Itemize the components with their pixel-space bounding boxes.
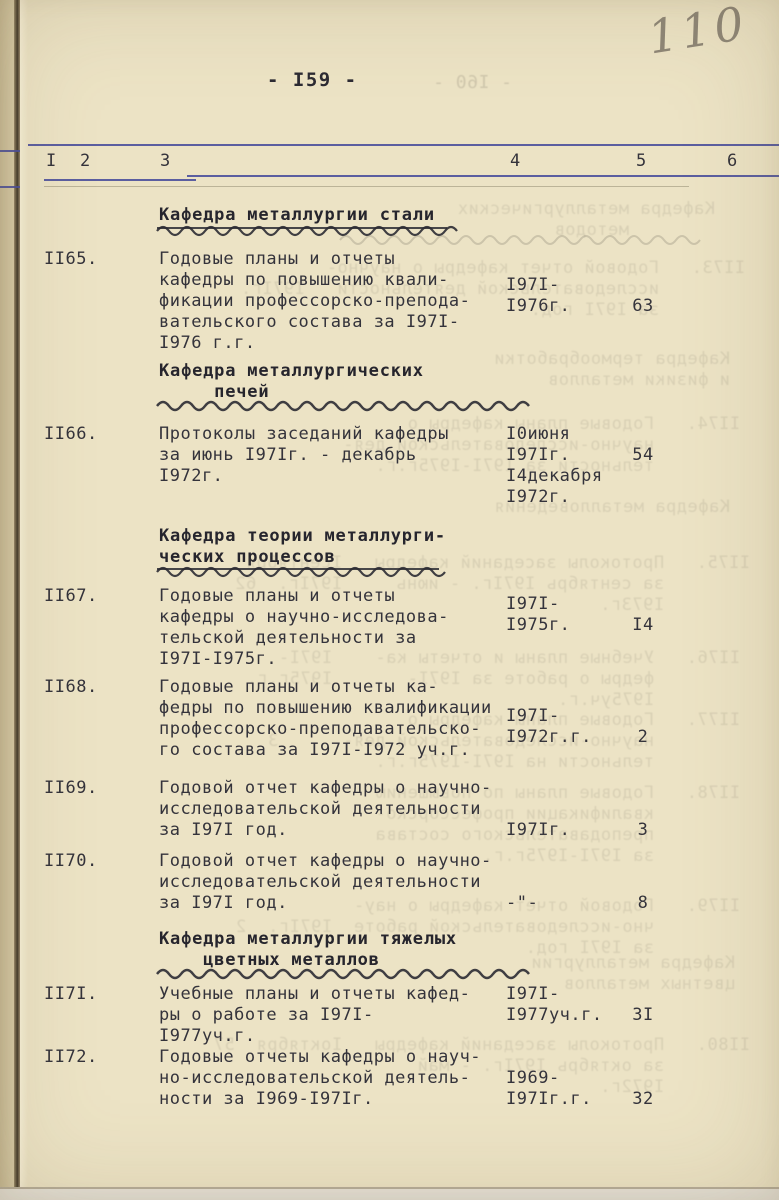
- table-rule-top: [28, 144, 779, 146]
- page-fold-highlight: [20, 0, 28, 1200]
- ghost-text: II74. Годовые планы кафедры о научно-исс…: [300, 414, 740, 477]
- table-rule-faint: [44, 186, 689, 187]
- table-rule-mid-left: [44, 179, 196, 181]
- section-heading: Кафедра металлургии стали: [159, 205, 435, 226]
- entry-number: II68.: [44, 677, 114, 698]
- scan-bottom-edge: [0, 1187, 779, 1200]
- ghost-text: II76. Учебные планы и отчеты ка- I97I- ф…: [300, 648, 740, 711]
- column-header-2: 2: [80, 151, 91, 172]
- column-header-4: 4: [510, 151, 521, 172]
- table-rule-mid-right: [187, 175, 779, 177]
- entry-number: II66.: [44, 424, 114, 445]
- entry-number: II65.: [44, 249, 114, 270]
- heading-wavy-underline: [157, 399, 519, 411]
- ghost-text: II77. Годовые планы кафедры о научно-исс…: [300, 710, 740, 773]
- entry-number: II69.: [44, 778, 114, 799]
- entry-number: II7I.: [44, 984, 114, 1005]
- entry-sheet-count: I4: [612, 615, 674, 636]
- column-header-6: 6: [727, 151, 738, 172]
- ghost-text: II78. Годовые планы по повышению квалифи…: [300, 783, 740, 867]
- ghost-text: II79. Годовой отчет кафедры о нау- чно-и…: [300, 896, 740, 959]
- entry-number: II70.: [44, 851, 114, 872]
- ghost-text: II73. Годовой отчет кафедры о научно- ис…: [300, 258, 745, 321]
- ghost-text: Кафедра термообработки и физики металлов: [450, 349, 730, 391]
- page-number: - I59 -: [267, 70, 358, 91]
- table-rule-left-edge-bottom: [0, 186, 20, 188]
- table-rule-left-edge-top: [0, 150, 20, 152]
- column-header-3: 3: [160, 151, 171, 172]
- entry-number: II67.: [44, 586, 114, 607]
- ghost-text: Кафедра металлургических методов: [450, 199, 715, 241]
- section-heading: Кафедра металлургических печей: [159, 361, 424, 403]
- column-header-5: 5: [636, 151, 647, 172]
- handwritten-folio-number: 110: [647, 12, 749, 48]
- ghost-text: II75. Протоколы заседаний кафедры Iсентя…: [300, 553, 750, 616]
- scanned-archive-page: 110 - I59 - - I60 - I 2 3 4 5 6 Кафедра …: [0, 0, 779, 1200]
- column-header-1: I: [46, 151, 57, 172]
- entry-sheet-count: 3I: [612, 1005, 674, 1026]
- entry-number: II72.: [44, 1047, 114, 1068]
- ghost-text: Кафедра металловедения: [450, 497, 730, 518]
- ghost-text: Кафедра металлургии цветных металлов: [455, 953, 735, 995]
- ghost-text: II80. Протоколы заседаний кафедры Iоктяб…: [300, 1035, 750, 1098]
- ghost-page-number: - I60 -: [408, 72, 512, 93]
